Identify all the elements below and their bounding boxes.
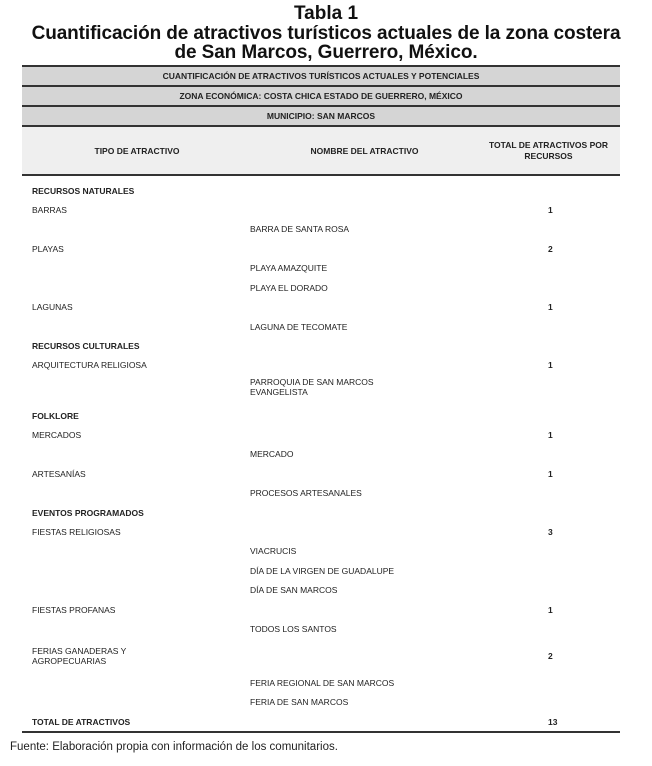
cell-name: VIACRUCIS	[250, 546, 480, 556]
table-band-economic-zone: ZONA ECONÓMICA: COSTA CHICA ESTADO DE GU…	[22, 85, 620, 105]
attraction-row: PLAYA AMAZQUITE	[22, 259, 620, 279]
cell-type: BARRAS	[22, 205, 250, 215]
attraction-row: TODOS LOS SANTOS	[22, 620, 620, 640]
cell-name: BARRA DE SANTA ROSA	[250, 224, 480, 234]
cell-name: PLAYA AMAZQUITE	[250, 263, 480, 273]
table-bottom-rule	[22, 731, 620, 733]
category-row: ARTESANÍAS1	[22, 464, 620, 484]
category-row: FIESTAS RELIGIOSAS3	[22, 522, 620, 542]
cell-total: 1	[480, 205, 620, 215]
table-band-municipality: MUNICIPIO: SAN MARCOS	[22, 105, 620, 125]
table-source-note: Fuente: Elaboración propia con informaci…	[10, 741, 338, 753]
table-title-line-1: Cuantificación de atractivos turísticos …	[0, 24, 652, 43]
cell-type: FIESTAS RELIGIOSAS	[22, 527, 250, 537]
cell-total: 3	[480, 527, 620, 537]
attraction-row: VIACRUCIS	[22, 542, 620, 562]
table-band-quantification: CUANTIFICACIÓN DE ATRACTIVOS TURÍSTICOS …	[22, 65, 620, 85]
total-value: 13	[480, 717, 620, 727]
cell-name: PROCESOS ARTESANALES	[250, 488, 480, 498]
attraction-row: MERCADO	[22, 445, 620, 465]
category-row: MERCADOS1	[22, 425, 620, 445]
cell-type: RECURSOS CULTURALES	[22, 341, 250, 351]
cell-type: RECURSOS NATURALES	[22, 186, 250, 196]
column-header-total: TOTAL DE ATRACTIVOS POR RECURSOS	[477, 140, 620, 161]
attraction-row: LAGUNA DE TECOMATE	[22, 317, 620, 337]
table-label: Tabla 1	[0, 4, 652, 24]
attraction-row: BARRA DE SANTA ROSA	[22, 220, 620, 240]
attraction-row: FERIA REGIONAL DE SAN MARCOS	[22, 673, 620, 693]
total-row: TOTAL DE ATRACTIVOS 13	[22, 712, 620, 731]
cell-total: 1	[480, 605, 620, 615]
cell-type: PLAYAS	[22, 244, 250, 254]
cell-total: 1	[480, 302, 620, 312]
cell-type: FOLKLORE	[22, 411, 250, 421]
cell-type: FIESTAS PROFANAS	[22, 605, 250, 615]
attraction-row: DÍA DE LA VIRGEN DE GUADALUPE	[22, 561, 620, 581]
cell-total: 1	[480, 360, 620, 370]
cell-name: PARROQUIA DE SAN MARCOS EVANGELISTA	[250, 377, 480, 397]
section-row: RECURSOS NATURALES	[22, 181, 620, 200]
cell-total: 2	[480, 244, 620, 254]
attraction-row: PROCESOS ARTESANALES	[22, 484, 620, 504]
column-header-name: NOMBRE DEL ATRACTIVO	[252, 146, 477, 156]
column-header-type: TIPO DE ATRACTIVO	[22, 146, 252, 156]
cell-type: ARQUITECTURA RELIGIOSA	[22, 360, 250, 370]
cell-name: DÍA DE LA VIRGEN DE GUADALUPE	[250, 566, 480, 576]
table-title: Cuantificación de atractivos turísticos …	[0, 24, 652, 62]
table-body: RECURSOS NATURALESBARRAS1BARRA DE SANTA …	[22, 176, 620, 712]
attraction-row: DÍA DE SAN MARCOS	[22, 581, 620, 601]
cell-total: 2	[480, 651, 620, 661]
section-row: EVENTOS PROGRAMADOS	[22, 503, 620, 522]
category-row: FERIAS GANADERAS Y AGROPECUARIAS2	[22, 639, 620, 673]
cell-type: LAGUNAS	[22, 302, 250, 312]
attraction-row: FERIA DE SAN MARCOS	[22, 693, 620, 713]
attraction-row: PLAYA EL DORADO	[22, 278, 620, 298]
cell-name: LAGUNA DE TECOMATE	[250, 322, 480, 332]
attraction-row: PARROQUIA DE SAN MARCOS EVANGELISTA	[22, 375, 620, 406]
section-row: RECURSOS CULTURALES	[22, 337, 620, 356]
cell-type: EVENTOS PROGRAMADOS	[22, 508, 250, 518]
table-title-line-2: de San Marcos, Guerrero, México.	[0, 43, 652, 62]
category-row: LAGUNAS1	[22, 298, 620, 318]
category-row: FIESTAS PROFANAS1	[22, 600, 620, 620]
cell-name: FERIA DE SAN MARCOS	[250, 697, 480, 707]
category-row: ARQUITECTURA RELIGIOSA1	[22, 356, 620, 376]
category-row: BARRAS1	[22, 200, 620, 220]
total-label: TOTAL DE ATRACTIVOS	[22, 717, 250, 727]
cell-type: MERCADOS	[22, 430, 250, 440]
attractions-table: CUANTIFICACIÓN DE ATRACTIVOS TURÍSTICOS …	[22, 65, 620, 733]
cell-total: 1	[480, 469, 620, 479]
section-row: FOLKLORE	[22, 406, 620, 425]
cell-name: MERCADO	[250, 449, 480, 459]
cell-name: PLAYA EL DORADO	[250, 283, 480, 293]
cell-type: FERIAS GANADERAS Y AGROPECUARIAS	[22, 646, 250, 666]
cell-total: 1	[480, 430, 620, 440]
cell-type: ARTESANÍAS	[22, 469, 250, 479]
category-row: PLAYAS2	[22, 239, 620, 259]
cell-name: DÍA DE SAN MARCOS	[250, 585, 480, 595]
cell-name: FERIA REGIONAL DE SAN MARCOS	[250, 678, 480, 688]
cell-name: TODOS LOS SANTOS	[250, 624, 480, 634]
table-column-headers: TIPO DE ATRACTIVO NOMBRE DEL ATRACTIVO T…	[22, 125, 620, 176]
